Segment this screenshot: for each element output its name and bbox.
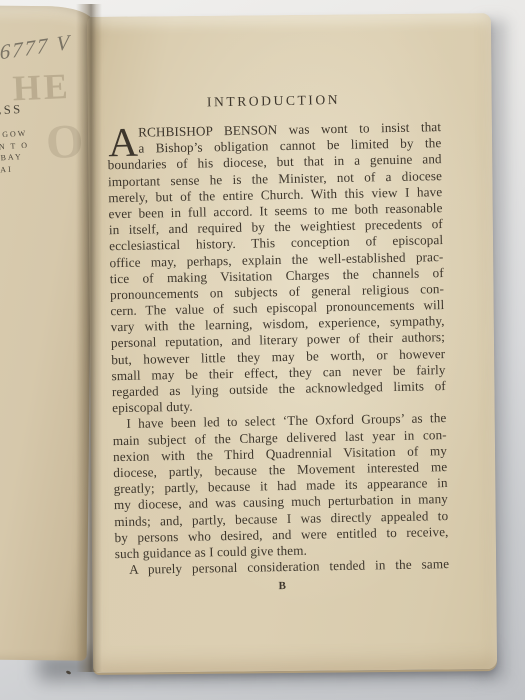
signature-mark: B	[115, 577, 449, 595]
left-page: HE O 26777 V RESS GOW N T O BAY AI	[0, 5, 93, 660]
imprint-fragment-madras: AI	[0, 165, 13, 175]
publisher-imprint-fragments: RESS GOW N T O BAY AI	[0, 5, 93, 660]
right-page: INTRODUCTION A RCHBISHOP BENSON was wont…	[87, 13, 497, 673]
open-book-photo: HE O 26777 V RESS GOW N T O BAY AI INTRO…	[0, 0, 525, 700]
body-text: A RCHBISHOP BENSON was wont to insist th…	[107, 119, 449, 578]
text-block: INTRODUCTION A RCHBISHOP BENSON was wont…	[106, 90, 449, 595]
imprint-fragment-toronto: N T O	[0, 141, 29, 152]
chapter-heading: INTRODUCTION	[106, 90, 440, 112]
imprint-fragment-press: RESS	[0, 102, 23, 119]
imprint-fragment-bombay: BAY	[0, 152, 23, 162]
imprint-fragment-glasgow: GOW	[2, 129, 28, 139]
drop-cap: A	[108, 126, 138, 160]
